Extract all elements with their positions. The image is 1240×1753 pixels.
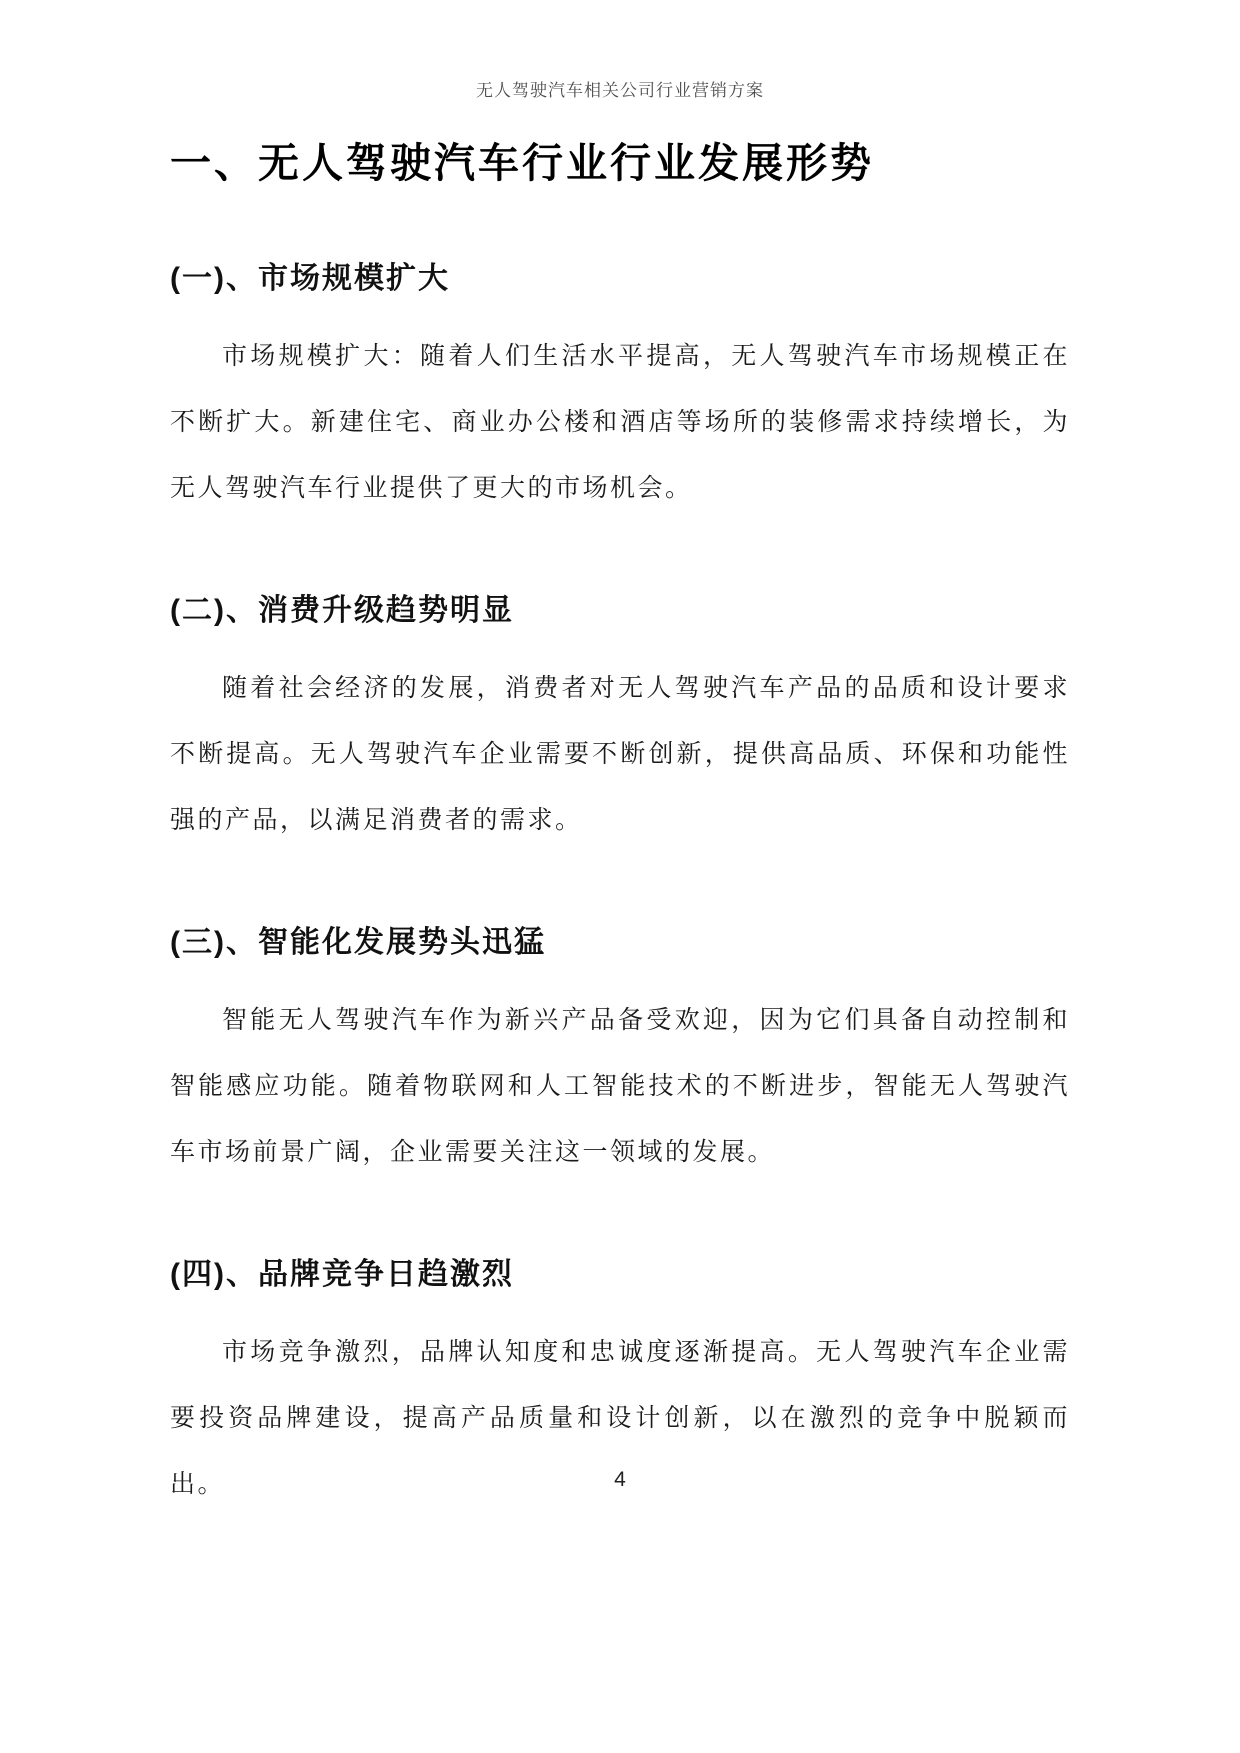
section-heading-2: (二)、消费升级趋势明显 (170, 585, 1070, 629)
document-header-title: 无人驾驶汽车相关公司行业营销方案 (0, 76, 1240, 101)
section-heading-1: (一)、市场规模扩大 (170, 253, 1070, 297)
section-heading-4: (四)、品牌竞争日趋激烈 (170, 1249, 1070, 1293)
section-paragraph-3: 智能无人驾驶汽车作为新兴产品备受欢迎，因为它们具备自动控制和智能感应功能。随着物… (170, 987, 1070, 1185)
page-number: 4 (0, 1468, 1240, 1492)
document-content: 一、无人驾驶汽车行业行业发展形势 (一)、市场规模扩大 市场规模扩大：随着人们生… (170, 128, 1070, 1517)
section-paragraph-1: 市场规模扩大：随着人们生活水平提高，无人驾驶汽车市场规模正在不断扩大。新建住宅、… (170, 323, 1070, 521)
page-title: 一、无人驾驶汽车行业行业发展形势 (170, 138, 1070, 189)
section-heading-3: (三)、智能化发展势头迅猛 (170, 917, 1070, 961)
document-page: 无人驾驶汽车相关公司行业营销方案 一、无人驾驶汽车行业行业发展形势 (一)、市场… (0, 0, 1240, 1753)
section-paragraph-2: 随着社会经济的发展，消费者对无人驾驶汽车产品的品质和设计要求不断提高。无人驾驶汽… (170, 655, 1070, 853)
